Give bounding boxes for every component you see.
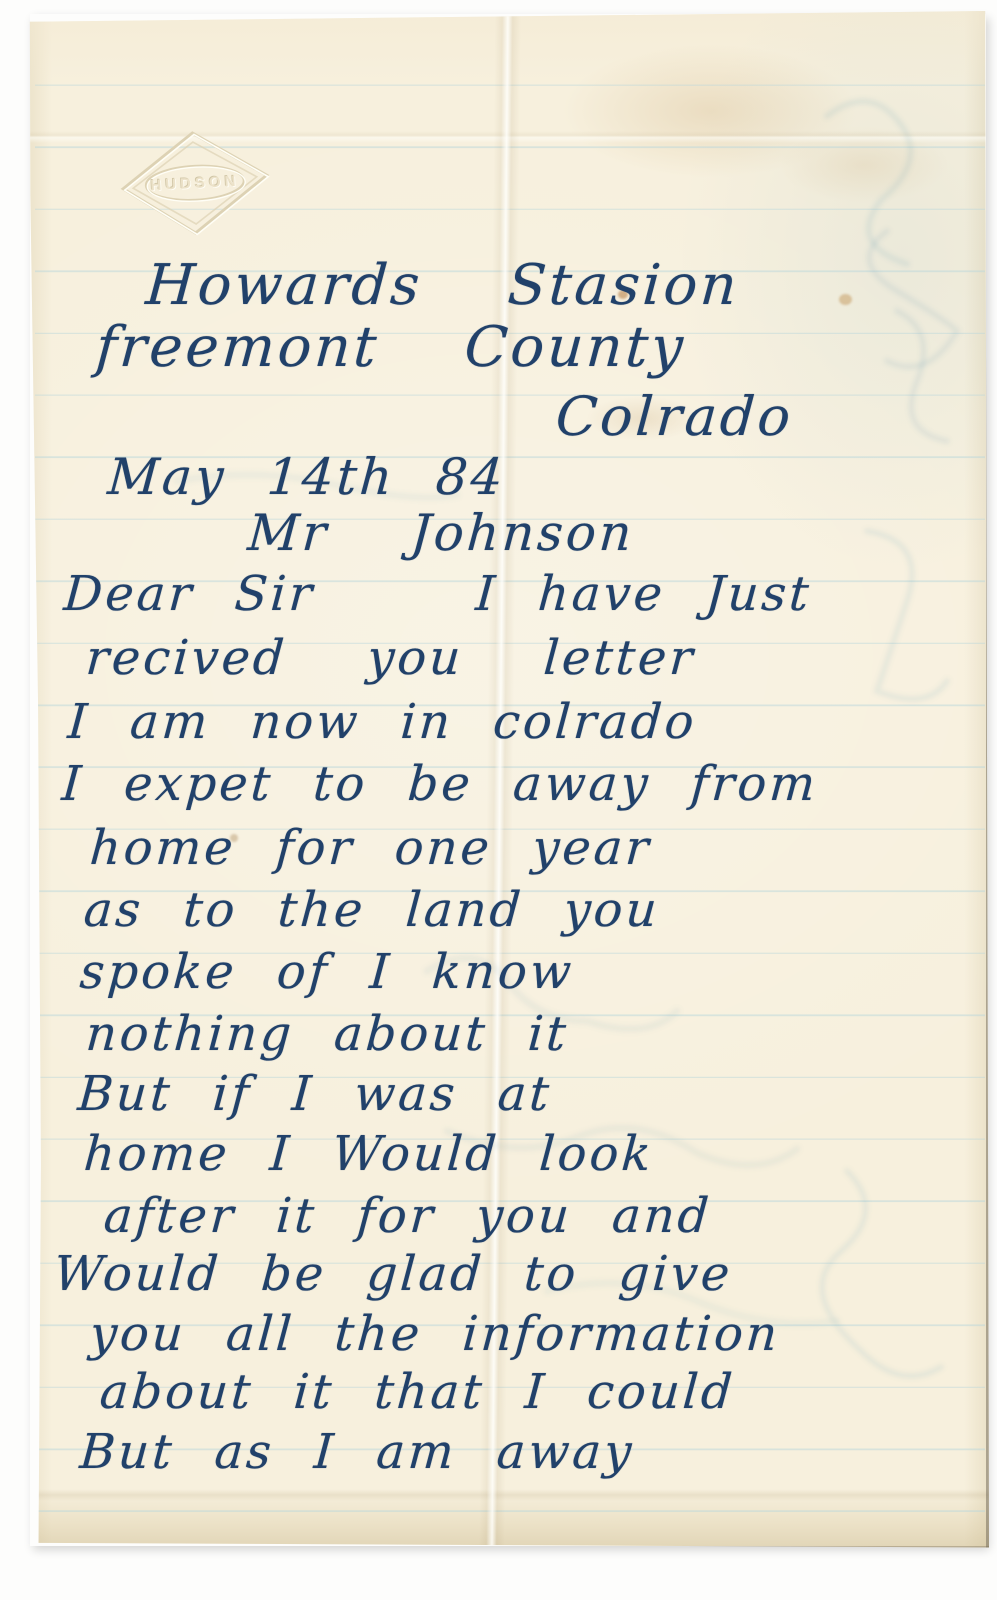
letter-line: home I Would look <box>82 1130 655 1178</box>
letter-line: Howards Stasion <box>144 258 741 314</box>
letter-line: Dear Sir I have Just <box>62 570 813 618</box>
letter-line: I expet to be away from <box>60 760 819 808</box>
letter-line: as to the land you <box>82 886 661 934</box>
letter-line: nothing about it <box>84 1010 570 1058</box>
letter-line: home for one year <box>88 824 653 872</box>
letter-line: after it for you and <box>102 1192 713 1240</box>
letter-line: recived you letter <box>84 634 697 682</box>
letter-line: spoke of I know <box>78 948 575 996</box>
letter-line: Would be glad to give <box>52 1250 734 1298</box>
letter-line: May 14th 84 <box>106 452 507 502</box>
letter-body: Howards Stasionfreemont CountyColradoMay… <box>0 0 997 1600</box>
letter-line: But as I am away <box>78 1428 636 1476</box>
letter-line: Mr Johnson <box>246 508 636 558</box>
letter-line: freemont County <box>94 320 688 376</box>
letter-line: Colrado <box>554 390 795 444</box>
letter-line: you all the information <box>88 1310 781 1358</box>
letter-line: But if I was at <box>76 1070 553 1118</box>
letter-line: I am now in colrado <box>66 698 698 746</box>
scan-background: HUDSON HUDSON HUDSON <box>0 0 997 1600</box>
letter-line: about it that I could <box>98 1368 736 1416</box>
